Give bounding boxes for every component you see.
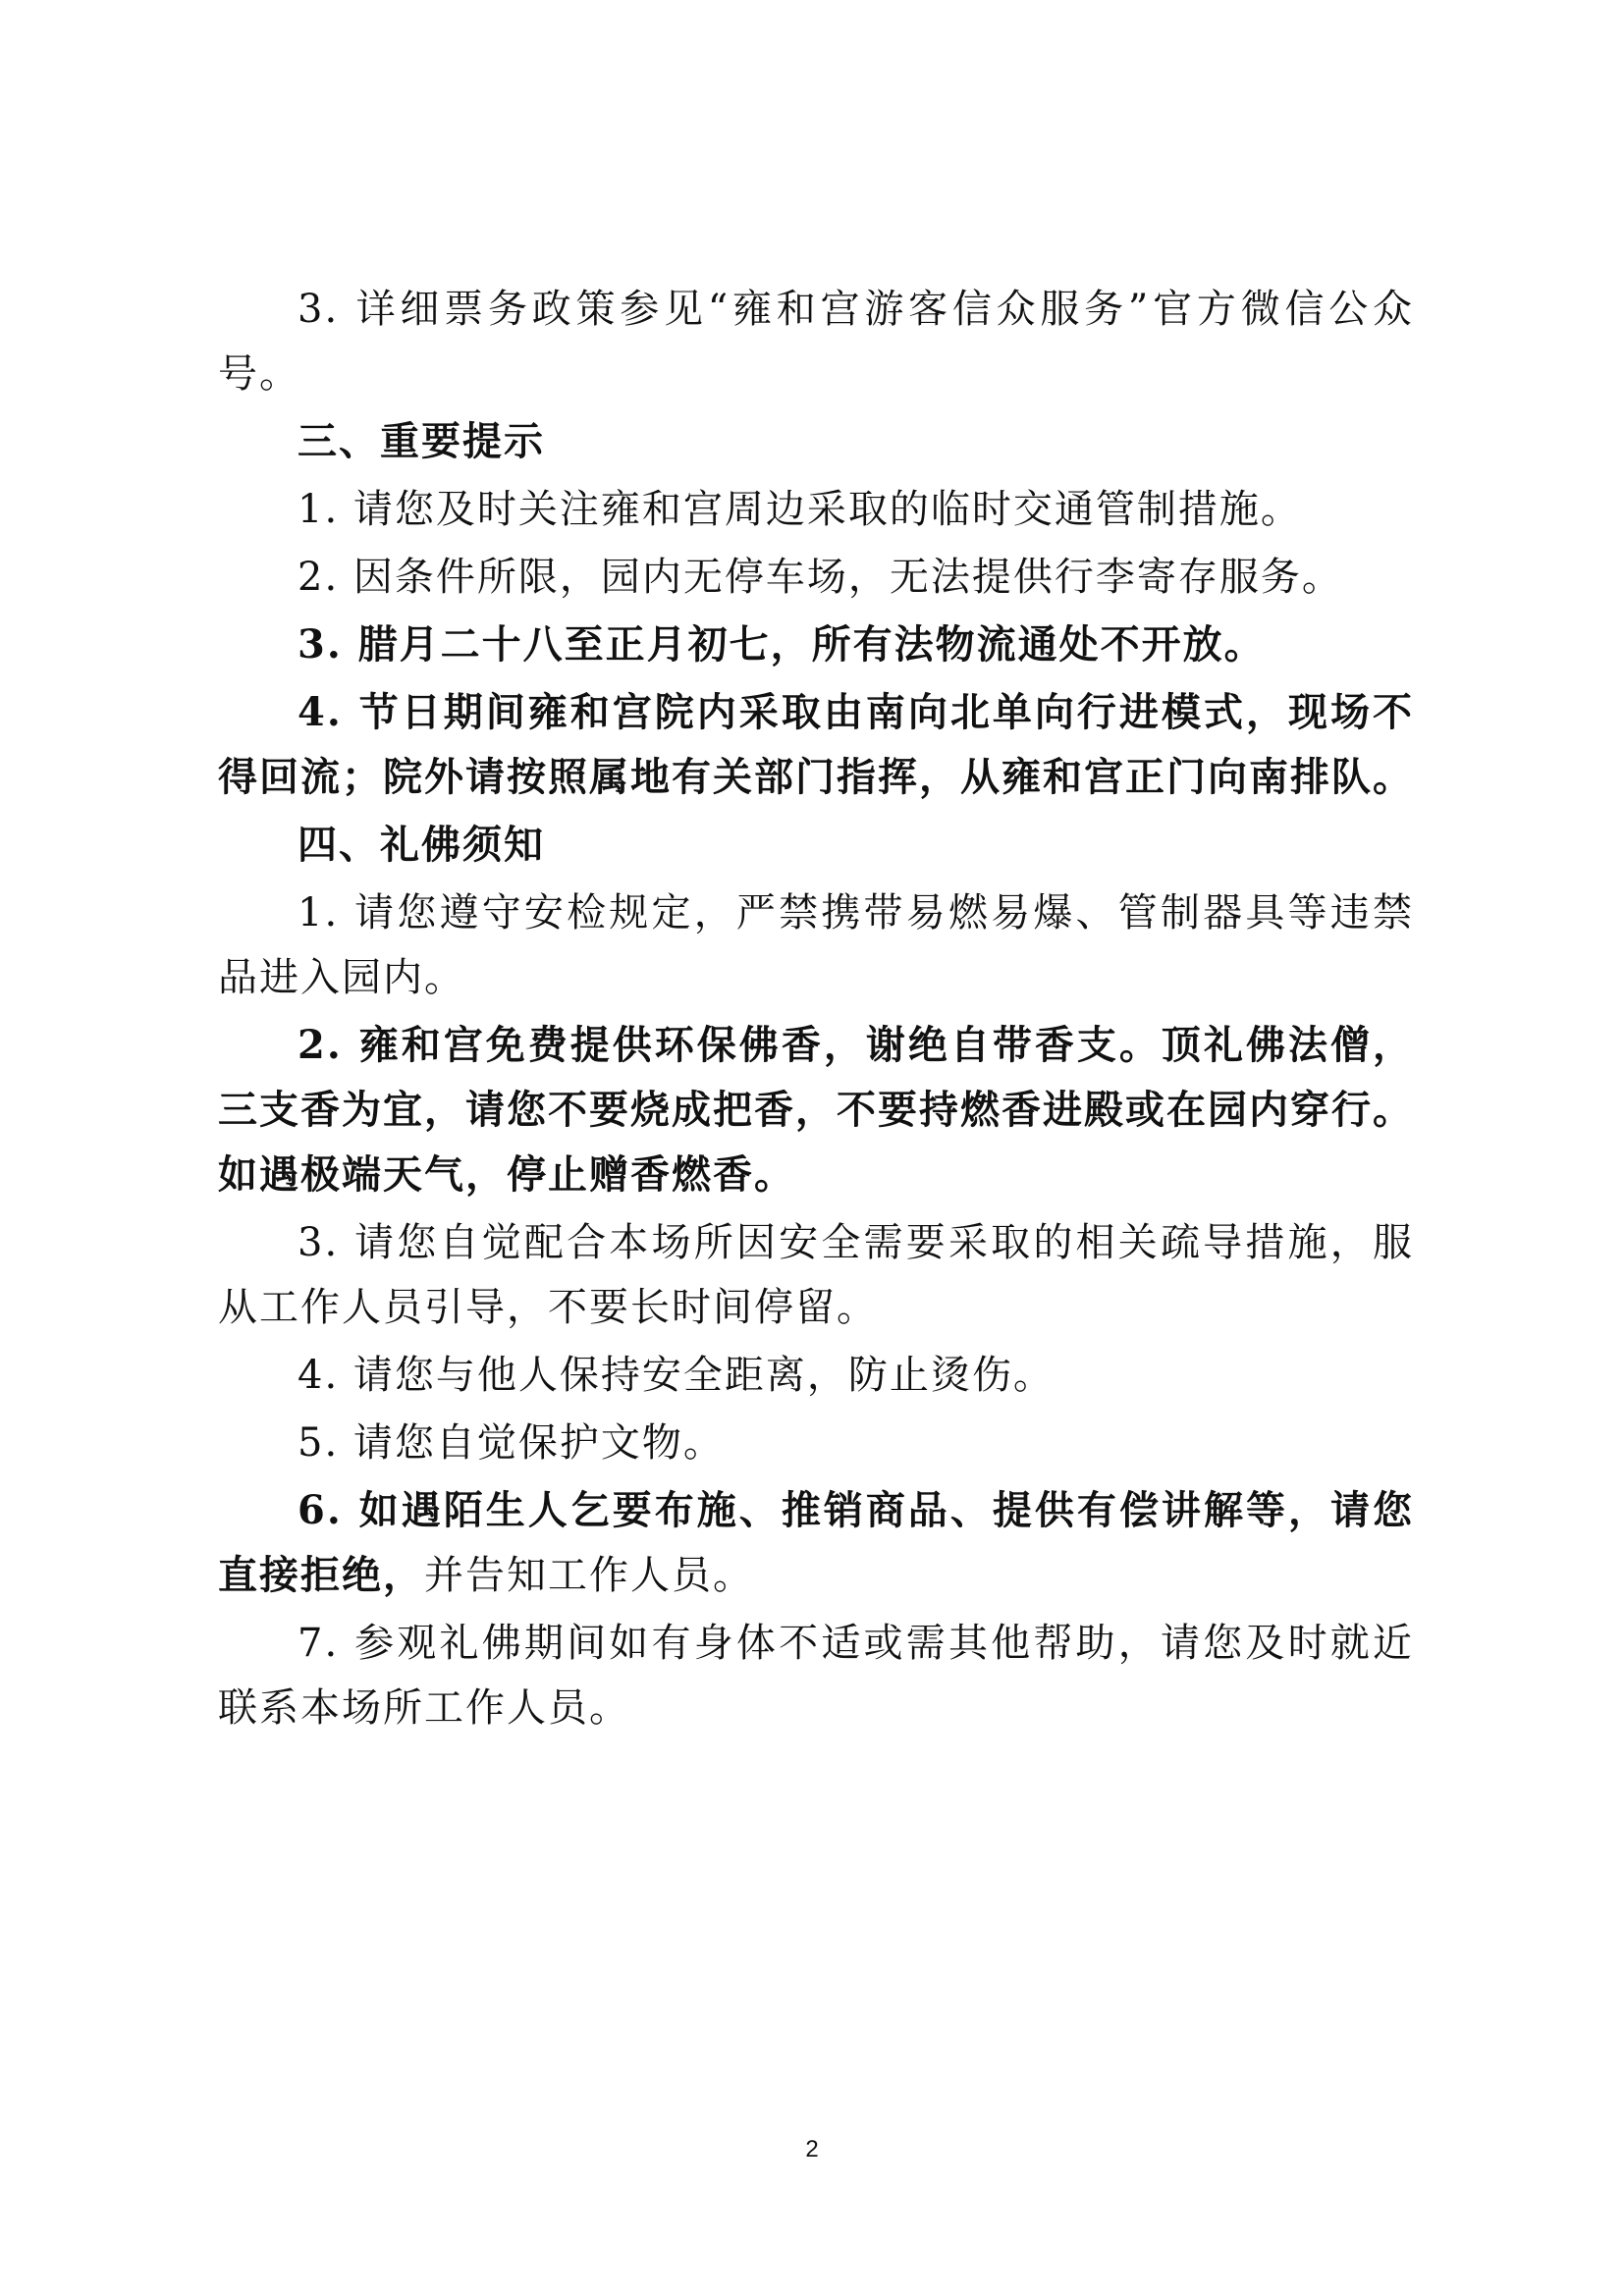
notice-item-2: 2. 雍和宫免费提供环保佛香，谢绝自带香支。顶礼佛法僧，三支香为宜，请您不要烧成… bbox=[218, 1013, 1414, 1207]
notice-item-3: 3. 请您自觉配合本场所因安全需要采取的相关疏导措施，服从工作人员引导，不要长时… bbox=[218, 1210, 1414, 1340]
ticket-policy-item-3: 3. 详细票务政策参见“雍和宫游客信众服务”官方微信公众号。 bbox=[218, 277, 1414, 406]
tip-item-1: 1. 请您及时关注雍和宫周边采取的临时交通管制措施。 bbox=[218, 477, 1414, 542]
notice-item-6-regular-part: 并告知工作人员。 bbox=[424, 1553, 754, 1598]
tip-item-2: 2. 因条件所限，园内无停车场，无法提供行李寄存服务。 bbox=[218, 545, 1414, 610]
notice-item-4: 4. 请您与他人保持安全距离，防止烫伤。 bbox=[218, 1343, 1414, 1408]
notice-item-7: 7. 参观礼佛期间如有身体不适或需其他帮助，请您及时就近联系本场所工作人员。 bbox=[218, 1611, 1414, 1740]
notice-item-5: 5. 请您自觉保护文物。 bbox=[218, 1411, 1414, 1475]
notice-item-6: 6. 如遇陌生人乞要布施、推销商品、提供有偿讲解等，请您直接拒绝，并告知工作人员… bbox=[218, 1478, 1414, 1608]
section-heading-worship-notice: 四、礼佛须知 bbox=[218, 813, 1414, 878]
document-body: 3. 详细票务政策参见“雍和宫游客信众服务”官方微信公众号。 三、重要提示 1.… bbox=[218, 277, 1414, 1740]
tip-item-4: 4. 节日期间雍和宫院内采取由南向北单向行进模式，现场不得回流；院外请按照属地有… bbox=[218, 680, 1414, 810]
notice-item-1: 1. 请您遵守安检规定，严禁携带易燃易爆、管制器具等违禁品进入园内。 bbox=[218, 881, 1414, 1010]
document-page: 3. 详细票务政策参见“雍和宫游客信众服务”官方微信公众号。 三、重要提示 1.… bbox=[0, 0, 1624, 2296]
page-number: 2 bbox=[0, 2136, 1624, 2163]
section-heading-important-tips: 三、重要提示 bbox=[218, 409, 1414, 474]
tip-item-3: 3. 腊月二十八至正月初七，所有法物流通处不开放。 bbox=[218, 613, 1414, 677]
notice-item-6-bold-part: 6. 如遇陌生人乞要布施、推销商品、提供有偿讲解等，请您直接拒绝， bbox=[218, 1487, 1414, 1598]
